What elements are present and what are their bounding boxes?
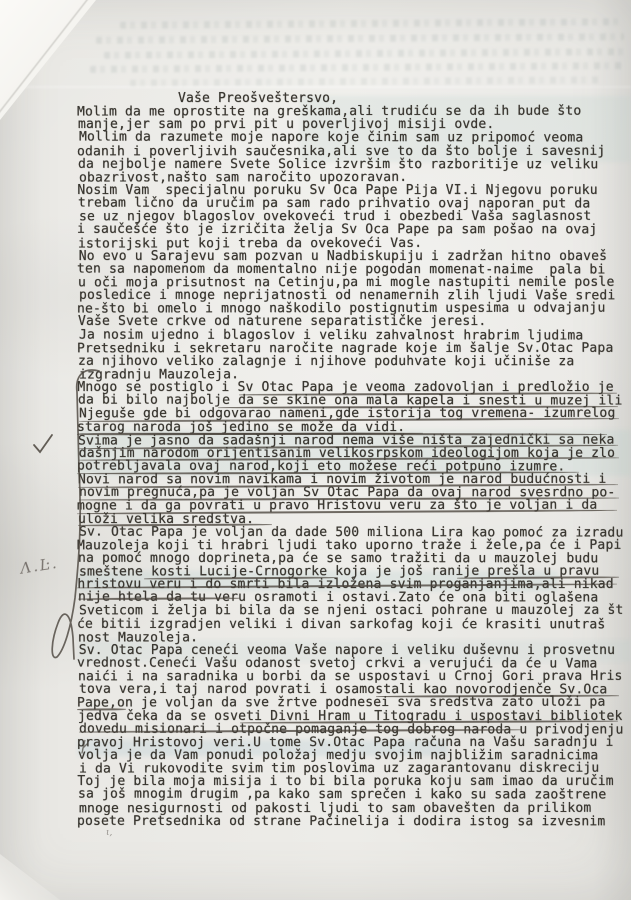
letter-line: će bitii izgradjen veliki i divan sarkof… [77, 617, 631, 631]
letter-line: i saučešće što je izričita želja Sv Oca … [77, 223, 631, 237]
bleed-through-text [90, 62, 624, 73]
letter-line: uloži velika sredstva. [78, 513, 631, 526]
letter-line-text: posete Pretsednika od strane Pačinelija … [77, 813, 605, 828]
letter-text: Vaše Preošveštersvo, Molim da me oprosti… [78, 92, 631, 828]
page-corner-light [0, 854, 60, 900]
letter-line: posete Pretsednika od strane Pačinelija … [77, 814, 631, 828]
letter-line: Sveticom i želja bi bila da se njeni ost… [79, 604, 631, 618]
scanned-letter-page: Vaše Preošveštersvo, Molim da me oprosti… [0, 0, 631, 900]
bleed-through-text [96, 33, 624, 44]
fold-crease [0, 86, 631, 88]
bleed-through-text [104, 48, 624, 59]
pen-checkmark-icon [34, 435, 52, 452]
bleed-through-text [120, 18, 620, 28]
pen-squiggle: ι, [106, 828, 112, 838]
letter-line: za njihovo veliko zalagnje i njihove pod… [78, 355, 631, 369]
letter-line: Njeguše gde bi odgovarao nameni,gde isto… [79, 407, 631, 421]
letter-body: Molim da me oprostite na greškama,ali tr… [78, 105, 631, 828]
handwritten-initials: Λ.Ŀ. [19, 552, 69, 577]
letter-line: Vaše Svete crkve od naturene separatisti… [78, 315, 631, 328]
